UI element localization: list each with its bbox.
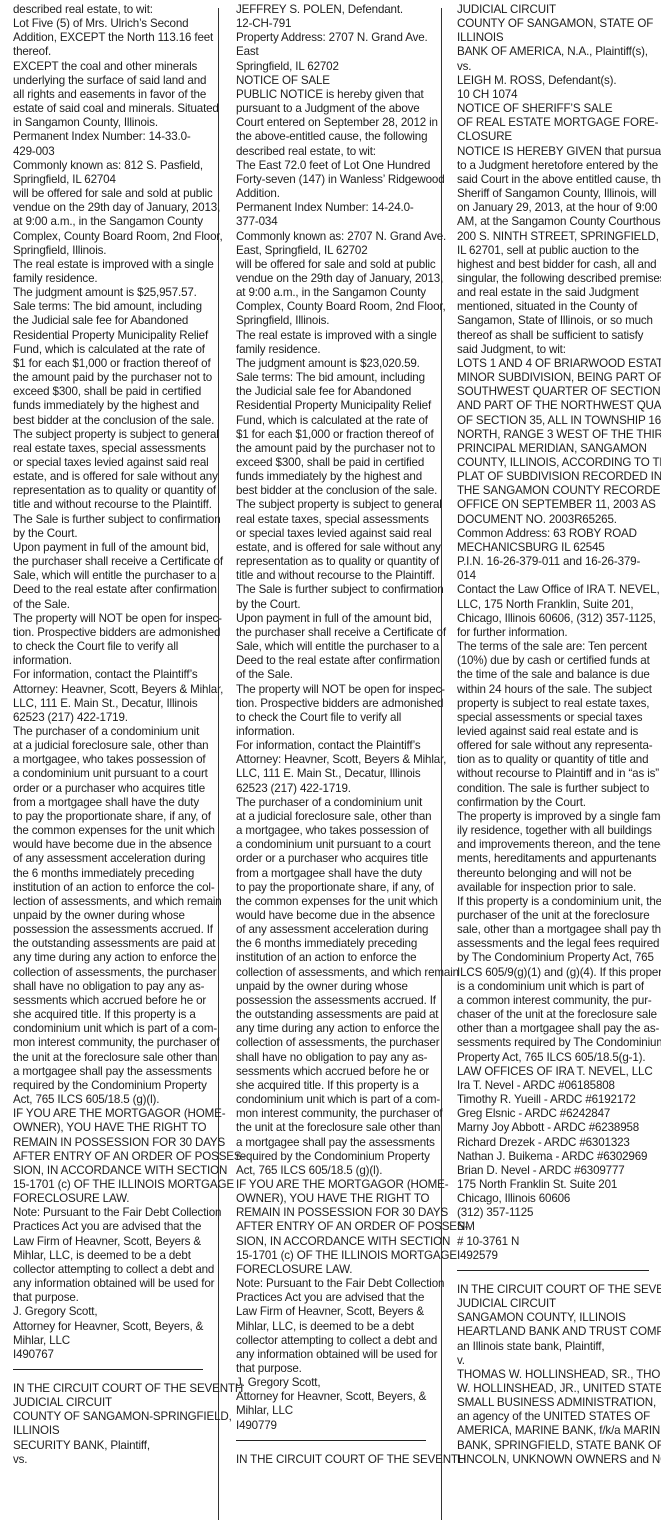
notice-text-line: a condominium unit pursuant to a court [236, 838, 436, 852]
notice-text-line: The subject property is subject to gener… [236, 498, 436, 512]
notice-text-line: Contact the Law Office of IRA T. NEVEL, [457, 583, 657, 597]
notice-text-line: Common Address: 63 ROBY ROAD [457, 527, 657, 541]
notice-text-line: FORECLOSURE LAW. [236, 1263, 436, 1277]
notice-text-line: a mortgagee, who takes possession of [13, 753, 210, 767]
notice-text-line: vs. [457, 60, 657, 74]
notice-text-line: possession the assessments accrued. If [13, 923, 210, 937]
notice-text-line: the Judicial sale fee for Abandoned [236, 385, 436, 399]
notice-text-line: JUDICIAL CIRCUIT [457, 3, 657, 17]
notice-text-line: the unit at the foreclosure sale other t… [13, 1051, 210, 1065]
notice-text-line: Springfield, IL 62704 [13, 173, 210, 187]
notice-text-line: NORTH, RANGE 3 WEST OF THE THIRD [457, 428, 657, 442]
notice-text-line: Court entered on September 28, 2012 in [236, 116, 436, 130]
notice-text-line: LLC, 111 E. Main St., Decatur, Illinois [13, 697, 210, 711]
notice-text-line: PLAT OF SUBDIVISION RECORDED IN [457, 470, 657, 484]
notice-text-line: Sale, which will entitle the purchaser t… [236, 640, 436, 654]
notice-text-line: ily residence, together with all buildin… [457, 824, 657, 838]
notice-separator-rule [457, 1270, 649, 1271]
notice-text-line: Permanent Index Number: 14-33.0- [13, 130, 210, 144]
notice-text-line: a common interest community, the pur- [457, 994, 657, 1008]
notice-text-line: AFTER ENTRY OF AN ORDER OF POSSES- [13, 1150, 210, 1164]
notice-text-line: an Illinois state bank, Plaintiff, [457, 1340, 657, 1354]
notice-text-line: thereof as shall be sufficient to satisf… [457, 329, 657, 343]
notice-text-line: the common expenses for the unit which [236, 895, 436, 909]
notice-text-line: representation as to quality or quantity… [13, 484, 210, 498]
notice-text-line: Addition. [236, 187, 436, 201]
legal-notice: IN THE CIRCUIT COURT OF THE SEVENTH [236, 1453, 436, 1467]
notice-text-line: described real estate, to wit: [236, 145, 436, 159]
notice-text-line: Property Act, 765 ILCS 605/18.5(g-1). [457, 1051, 657, 1065]
notice-text-line: OF REAL ESTATE MORTGAGE FORE- [457, 116, 657, 130]
notice-text-line: HEARTLAND BANK AND TRUST COMPANY, [457, 1325, 657, 1339]
notice-text-line: the Judicial sale fee for Abandoned [13, 314, 210, 328]
notice-text-line: SION, IN ACCORDANCE WITH SECTION [13, 1164, 210, 1178]
notice-text-line: by the Court. [236, 598, 436, 612]
notice-text-line: Sale terms: The bid amount, including [13, 300, 210, 314]
notice-text-line: best bidder at the conclusion of the sal… [236, 484, 436, 498]
column-3: JUDICIAL CIRCUITCOUNTY OF SANGAMON, STAT… [457, 3, 657, 1467]
notice-text-line: the 6 months immediately preceding [236, 937, 436, 951]
notice-text-line: pursuant to a Judgment of the above [236, 102, 436, 116]
notice-text-line: the common expenses for the unit which [13, 824, 210, 838]
notice-text-line: BANK, SPRINGFIELD, STATE BANK OF [457, 1439, 657, 1453]
notice-text-line: required by the Condominium Property [236, 1150, 436, 1164]
notice-text-line: SANGAMON COUNTY, ILLINOIS [457, 1311, 657, 1325]
notice-text-line: levied against said real estate and is [457, 725, 657, 739]
notice-text-line: described real estate, to wit: [13, 3, 210, 17]
legal-notice: JEFFREY S. POLEN, Defendant.12-CH-791Pro… [236, 3, 436, 1433]
notice-text-line: Nathan J. Buikema - ARDC #6302969 [457, 1150, 657, 1164]
notice-text-line: of the Sale. [236, 668, 436, 682]
notice-text-line: For information, contact the Plaintiff’s [13, 668, 210, 682]
notice-text-line: collection of assessments, and which rem… [236, 966, 436, 980]
notice-text-line: Residential Property Municipality Relief [236, 399, 436, 413]
notice-text-line: Attorney for Heavner, Scott, Beyers, & [236, 1390, 436, 1404]
notice-text-line: OWNER), YOU HAVE THE RIGHT TO [236, 1192, 436, 1206]
notice-text-line: shall have no obligation to pay any as- [236, 1051, 436, 1065]
notice-text-line: from a mortgagee shall have the duty [13, 796, 210, 810]
notice-text-line: Commonly known as: 812 S. Pasfield, [13, 159, 210, 173]
notice-text-line: LOTS 1 AND 4 OF BRIARWOOD ESTATES [457, 357, 657, 371]
notice-text-line: estate, and is offered for sale without … [236, 541, 436, 555]
notice-text-line: BANK OF AMERICA, N.A., Plaintiff(s), [457, 45, 657, 59]
notice-text-line: Springfield, IL 62702 [236, 60, 436, 74]
notice-text-line: tion. Prospective bidders are admonished [236, 697, 436, 711]
notice-text-line: Complex, County Board Room, 2nd Floor, [13, 230, 210, 244]
notice-text-line: The property will NOT be open for inspec… [13, 612, 210, 626]
notice-text-line: thereof. [13, 45, 210, 59]
notice-text-line: a mortgagee shall pay the assessments [13, 1065, 210, 1079]
notice-text-line: collection of assessments, the purchaser [236, 1036, 436, 1050]
notice-text-line: 377-034 [236, 215, 436, 229]
notice-text-line: SECURITY BANK, Plaintiff, [13, 1439, 210, 1453]
notice-text-line: IN THE CIRCUIT COURT OF THE SEVENTH [236, 1453, 436, 1467]
column-1: described real estate, to wit:Lot Five (… [13, 3, 210, 1467]
notice-text-line: AFTER ENTRY OF AN ORDER OF POSSES- [236, 1220, 436, 1234]
notice-text-line: chaser of the unit at the foreclosure sa… [457, 1008, 657, 1022]
notice-text-line: (10%) due by cash or certified funds at [457, 654, 657, 668]
notice-text-line: all rights and easements in favor of the [13, 88, 210, 102]
notice-text-line: thereunto belonging and will not be [457, 867, 657, 881]
notice-text-line: (312) 357-1125 [457, 1206, 657, 1220]
notice-text-line: Note: Pursuant to the Fair Debt Collecti… [236, 1277, 436, 1291]
notice-text-line: Upon payment in full of the amount bid, [13, 541, 210, 555]
notice-text-line: COUNTY, ILLINOIS, ACCORDING TO THE [457, 456, 657, 470]
notice-text-line: possession the assessments accrued. If [236, 994, 436, 1008]
notice-text-line: Property Address: 2707 N. Grand Ave. [236, 31, 436, 45]
notice-text-line: said Court in the above entitled cause, … [457, 173, 657, 187]
notice-text-line: Mihlar, LLC [13, 1334, 210, 1348]
notice-text-line: the 6 months immediately preceding [13, 867, 210, 881]
legal-notice: described real estate, to wit:Lot Five (… [13, 3, 210, 1362]
notice-text-line: unpaid by the owner during whose [13, 909, 210, 923]
notice-text-line: The judgment amount is $25,957.57. [13, 286, 210, 300]
notice-text-line: an agency of the UNITED STATES OF [457, 1410, 657, 1424]
notice-text-line: funds immediately by the highest and [13, 399, 210, 413]
notice-text-line: JEFFREY S. POLEN, Defendant. [236, 3, 436, 17]
notice-text-line: 175 North Franklin St. Suite 201 [457, 1178, 657, 1192]
notice-text-line: on January 29, 2013, at the hour of 9:00 [457, 201, 657, 215]
notice-text-line: Sale terms: The bid amount, including [236, 371, 436, 385]
notice-text-line: exceed $300, shall be paid in certified [236, 456, 436, 470]
notice-text-line: condominium unit which is part of a com- [13, 1022, 210, 1036]
notice-text-line: The property is improved by a single fam… [457, 810, 657, 824]
notice-text-line: special assessments or special taxes [457, 711, 657, 725]
notice-text-line: Complex, County Board Room, 2nd Floor, [236, 300, 436, 314]
notice-text-line: is a condominium unit which is part of [457, 980, 657, 994]
notice-text-line: available for inspection prior to sale. [457, 881, 657, 895]
notice-text-line: The East 72.0 feet of Lot One Hundred [236, 159, 436, 173]
notice-text-line: by The Condominium Property Act, 765 [457, 951, 657, 965]
notice-text-line: OFFICE ON SEPTEMBER 11, 2003 AS [457, 498, 657, 512]
notice-text-line: best bidder at the conclusion of the sal… [13, 414, 210, 428]
notice-text-line: ILLINOIS [13, 1424, 210, 1438]
notice-text-line: Springfield, Illinois. [13, 244, 210, 258]
notice-text-line: AND PART OF THE NORTHWEST QUARTER [457, 399, 657, 413]
notice-text-line: Mihlar, LLC, is deemed to be a debt [13, 1249, 210, 1263]
notice-text-line: mon interest community, the purchaser of [13, 1036, 210, 1050]
notice-text-line: Sangamon, State of Illinois, or so much [457, 314, 657, 328]
notice-text-line: IN THE CIRCUIT COURT OF THE SEVENTH [13, 1382, 210, 1396]
notice-text-line: SION, IN ACCORDANCE WITH SECTION [236, 1235, 436, 1249]
notice-text-line: title and without recourse to the Plaint… [13, 498, 210, 512]
notice-text-line: any information obtained will be used fo… [13, 1277, 210, 1291]
notice-text-line: of any assessment acceleration during [236, 923, 436, 937]
notice-text-line: and improvements thereon, and the tene- [457, 838, 657, 852]
notice-text-line: mon interest community, the purchaser of [236, 1107, 436, 1121]
notice-text-line: unpaid by the owner during whose [236, 980, 436, 994]
notice-text-line: without recourse to Plaintiff and in “as… [457, 767, 657, 781]
notice-text-line: a mortgagee, who takes possession of [236, 824, 436, 838]
notice-text-line: Attorney: Heavner, Scott, Beyers & Mihla… [13, 683, 210, 697]
notice-text-line: Springfield, Illinois. [236, 314, 436, 328]
notice-text-line: estate, and is offered for sale without … [13, 470, 210, 484]
notice-text-line: within 24 hours of the sale. The subject [457, 683, 657, 697]
notice-text-line: sessments required by The Condominium [457, 1036, 657, 1050]
notice-text-line: of the Sale. [13, 598, 210, 612]
notice-text-line: from a mortgagee shall have the duty [236, 867, 436, 881]
notice-text-line: the outstanding assessments are paid at [13, 937, 210, 951]
notice-text-line: The Sale is further subject to confirmat… [13, 513, 210, 527]
notice-text-line: THOMAS W. HOLLINSHEAD, SR., THOMAS [457, 1368, 657, 1382]
notice-text-line: SOUTHWEST QUARTER OF SECTION 26, [457, 385, 657, 399]
notice-text-line: OF SECTION 35, ALL IN TOWNSHIP 16 [457, 414, 657, 428]
notice-text-line: OWNER), YOU HAVE THE RIGHT TO [13, 1121, 210, 1135]
notice-text-line: real estate taxes, special assessments [236, 513, 436, 527]
notice-text-line: Sheriff of Sangamon County, Illinois, wi… [457, 187, 657, 201]
column-2: JEFFREY S. POLEN, Defendant.12-CH-791Pro… [236, 3, 436, 1467]
notice-text-line: collector attempting to collect a debt a… [236, 1334, 436, 1348]
notice-text-line: Greg Elsnic - ARDC #6242847 [457, 1107, 657, 1121]
notice-text-line: information. [236, 725, 436, 739]
notice-text-line: the outstanding assessments are paid at [236, 1008, 436, 1022]
notice-text-line: estate of said coal and minerals. Situat… [13, 102, 210, 116]
notice-text-line: vendue on the 29th day of January, 2013, [236, 272, 436, 286]
notice-text-line: 62523 (217) 422-1719. [13, 711, 210, 725]
notice-text-line: the unit at the foreclosure sale other t… [236, 1121, 436, 1135]
notice-text-line: 429-003 [13, 145, 210, 159]
notice-separator-rule [236, 1440, 426, 1441]
notice-text-line: THE SANGAMON COUNTY RECORDER’S [457, 484, 657, 498]
notice-text-line: SMALL BUSINESS ADMINISTRATION, [457, 1396, 657, 1410]
notice-text-line: order or a purchaser who acquires title [236, 852, 436, 866]
notice-text-line: EXCEPT the coal and other minerals [13, 60, 210, 74]
notice-text-line: Mihlar, LLC [236, 1404, 436, 1418]
notice-text-line: W. HOLLINSHEAD, JR., UNITED STATES [457, 1382, 657, 1396]
notice-text-line: tion as to quality or quantity of title … [457, 753, 657, 767]
notice-text-line: Ira T. Nevel - ARDC #06185808 [457, 1079, 657, 1093]
notice-text-line: NOTICE OF SHERIFF’S SALE [457, 102, 657, 116]
notice-text-line: Deed to the real estate after confirmati… [13, 583, 210, 597]
notice-text-line: Richard Drezek - ARDC #6301323 [457, 1136, 657, 1150]
notice-text-line: Act, 765 ILCS 605/18.5 (g)(l). [13, 1093, 210, 1107]
notice-text-line: any time during any action to enforce th… [236, 1022, 436, 1036]
notice-text-line: 62523 (217) 422-1719. [236, 782, 436, 796]
notice-text-line: LLC, 111 E. Main St., Decatur, Illinois [236, 767, 436, 781]
notice-text-line: East, Springfield, IL 62702 [236, 244, 436, 258]
notice-text-line: to a Judgment heretofore entered by the [457, 159, 657, 173]
notice-text-line: Permanent Index Number: 14-24.0- [236, 201, 436, 215]
notice-text-line: condition. The sale is further subject t… [457, 782, 657, 796]
notice-text-line: at 9:00 a.m., in the Sangamon County [13, 215, 210, 229]
notice-text-line: a condominium unit pursuant to a court [13, 767, 210, 781]
notice-text-line: exceed $300, shall be paid in certified [13, 385, 210, 399]
notice-text-line: 014 [457, 569, 657, 583]
notice-text-line: that purpose. [13, 1291, 210, 1305]
notice-text-line: property is subject to real estate taxes… [457, 697, 657, 711]
notice-text-line: to pay the proportionate share, if any, … [236, 881, 436, 895]
notice-text-line: Law Firm of Heavner, Scott, Beyers & [236, 1305, 436, 1319]
notice-text-line: singular, the following described premis… [457, 272, 657, 286]
notice-text-line: title and without recourse to the Plaint… [236, 569, 436, 583]
notice-text-line: offered for sale without any representa- [457, 739, 657, 753]
notice-text-line: Commonly known as: 2707 N. Grand Ave. [236, 230, 436, 244]
notice-text-line: REMAIN IN POSSESSION FOR 30 DAYS [13, 1136, 210, 1150]
notice-text-line: ments, hereditaments and appurtenants [457, 852, 657, 866]
notice-text-line: at a judicial foreclosure sale, other th… [236, 810, 436, 824]
notice-text-line: funds immediately by the highest and [236, 470, 436, 484]
notice-text-line: NM [457, 1220, 657, 1234]
notice-text-line: ILCS 605/9(g)(1) and (g)(4). If this pro… [457, 966, 657, 980]
notice-text-line: REMAIN IN POSSESSION FOR 30 DAYS [236, 1206, 436, 1220]
notice-text-line: other than a mortgagee shall pay the as- [457, 1022, 657, 1036]
notice-text-line: MINOR SUBDIVISION, BEING PART OF THE [457, 371, 657, 385]
notice-text-line: AMERICA, MARINE BANK, f/k/a MARINE [457, 1424, 657, 1438]
notice-text-line: family residence. [236, 343, 436, 357]
notice-text-line: any time during any action to enforce th… [13, 951, 210, 965]
notice-text-line: Mihlar, LLC, is deemed to be a debt [236, 1320, 436, 1334]
notice-text-line: to check the Court file to verify all [236, 711, 436, 725]
notice-text-line: vs. [13, 1453, 210, 1467]
notice-text-line: she acquired title. If this property is … [236, 1079, 436, 1093]
notice-text-line: FORECLOSURE LAW. [13, 1192, 210, 1206]
notice-text-line: LLC, 175 North Franklin, Suite 201, [457, 598, 657, 612]
notice-text-line: collector attempting to collect a debt a… [13, 1263, 210, 1277]
notice-text-line: COUNTY OF SANGAMON-SPRINGFIELD, [13, 1410, 210, 1424]
notice-text-line: Residential Property Municipality Relief [13, 329, 210, 343]
notice-text-line: IN THE CIRCUIT COURT OF THE SEVENTH [457, 1283, 657, 1297]
notice-text-line: Lot Five (5) of Mrs. Ulrich’s Second [13, 17, 210, 31]
notice-text-line: would have become due in the absence [236, 909, 436, 923]
notice-text-line: by the Court. [13, 527, 210, 541]
notice-text-line: underlying the surface of said land and [13, 74, 210, 88]
notice-text-line: ILLINOIS [457, 31, 657, 45]
notice-text-line: or special taxes levied against said rea… [236, 527, 436, 541]
notice-text-line: Practices Act you are advised that the [13, 1220, 210, 1234]
notice-text-line: PRINCIPAL MERIDIAN, SANGAMON [457, 442, 657, 456]
notice-text-line: Timothy R. Yueill - ARDC #6192172 [457, 1093, 657, 1107]
notice-text-line: would have become due in the absence [13, 838, 210, 852]
notice-text-line: condominium unit which is part of a com- [236, 1093, 436, 1107]
notice-text-line: of any assessment acceleration during [13, 852, 210, 866]
notice-text-line: MECHANICSBURG IL 62545 [457, 541, 657, 555]
notice-text-line: Fund, which is calculated at the rate of [13, 343, 210, 357]
notice-text-line: the purchaser shall receive a Certificat… [236, 626, 436, 640]
notice-text-line: institution of an action to enforce the … [13, 881, 210, 895]
notice-text-line: IF YOU ARE THE MORTGAGOR (HOME- [13, 1107, 210, 1121]
notice-text-line: she acquired title. If this property is … [13, 1008, 210, 1022]
notice-text-line: 15-1701 (c) OF THE ILLINOIS MORTGAGE [236, 1249, 436, 1263]
notice-text-line: purchaser of the unit at the foreclosure [457, 909, 657, 923]
notice-text-line: at a judicial foreclosure sale, other th… [13, 739, 210, 753]
notice-text-line: JUDICIAL CIRCUIT [13, 1396, 210, 1410]
notice-separator-rule [13, 1369, 203, 1370]
legal-notice: JUDICIAL CIRCUITCOUNTY OF SANGAMON, STAT… [457, 3, 657, 1263]
notice-text-line: Attorney: Heavner, Scott, Beyers & Mihla… [236, 753, 436, 767]
notice-text-line: I490779 [236, 1419, 436, 1433]
notice-text-line: the above-entitled cause, the following [236, 130, 436, 144]
notice-text-line: $1 for each $1,000 or fraction thereof o… [13, 357, 210, 371]
notice-text-line: 10 CH 1074 [457, 88, 657, 102]
notice-text-line: NOTICE IS HEREBY GIVEN that pursuant [457, 145, 657, 159]
notice-text-line: and real estate in the said Judgment [457, 286, 657, 300]
notice-text-line: JUDICIAL CIRCUIT [457, 1297, 657, 1311]
notice-text-line: in Sangamon County, Illinois. [13, 116, 210, 130]
notice-text-line: at 9:00 a.m., in the Sangamon County [236, 286, 436, 300]
notice-text-line: Act, 765 ILCS 605/18.5 (g)(l). [236, 1164, 436, 1178]
notice-text-line: assessments and the legal fees required [457, 937, 657, 951]
notice-text-line: CLOSURE [457, 130, 657, 144]
notice-text-line: East [236, 45, 436, 59]
notice-text-line: The Sale is further subject to confirmat… [236, 583, 436, 597]
notice-text-line: confirmation by the Court. [457, 796, 657, 810]
notice-text-line: # 10-3761 N [457, 1235, 657, 1249]
notice-text-line: order or a purchaser who acquires title [13, 782, 210, 796]
notice-text-line: sessments which accrued before he or [13, 994, 210, 1008]
notice-text-line: vendue on the 29th day of January, 2013, [13, 201, 210, 215]
notice-text-line: family residence. [13, 272, 210, 286]
notice-text-line: Fund, which is calculated at the rate of [236, 414, 436, 428]
notice-text-line: required by the Condominium Property [13, 1079, 210, 1093]
notice-text-line: tion. Prospective bidders are admonished [13, 626, 210, 640]
notice-text-line: mentioned, situated in the County of [457, 300, 657, 314]
notice-text-line: Chicago, Illinois 60606, (312) 357-1125, [457, 612, 657, 626]
notice-text-line: LINCOLN, UNKNOWN OWNERS and NON- [457, 1453, 657, 1467]
notice-text-line: Marny Joy Abbott - ARDC #6238958 [457, 1121, 657, 1135]
notice-text-line: NOTICE OF SALE [236, 74, 436, 88]
notice-text-line: Note: Pursuant to the Fair Debt Collecti… [13, 1206, 210, 1220]
notice-text-line: 15-1701 (c) OF THE ILLINOIS MORTGAGE [13, 1178, 210, 1192]
notice-text-line: Brian D. Nevel - ARDC #6309777 [457, 1164, 657, 1178]
notice-text-line: will be offered for sale and sold at pub… [13, 187, 210, 201]
notice-text-line: information. [13, 654, 210, 668]
notice-text-line: The property will NOT be open for inspec… [236, 683, 436, 697]
notice-text-line: said Judgment, to wit: [457, 343, 657, 357]
notice-text-line: Chicago, Illinois 60606 [457, 1192, 657, 1206]
notice-text-line: will be offered for sale and sold at pub… [236, 258, 436, 272]
notice-text-line: The purchaser of a condominium unit [236, 796, 436, 810]
notice-text-line: 200 S. NINTH STREET, SPRINGFIELD, [457, 230, 657, 244]
notice-text-line: Deed to the real estate after confirmati… [236, 654, 436, 668]
notice-text-line: J. Gregory Scott, [236, 1376, 436, 1390]
notice-text-line: LEIGH M. ROSS, Defendant(s). [457, 74, 657, 88]
notice-text-line: Upon payment in full of the amount bid, [236, 612, 436, 626]
notice-text-line: lection of assessments, and which remain [13, 895, 210, 909]
notice-text-line: The subject property is subject to gener… [13, 428, 210, 442]
notice-text-line: I492579 [457, 1249, 657, 1263]
notice-text-line: 12-CH-791 [236, 17, 436, 31]
notice-text-line: the time of the sale and balance is due [457, 668, 657, 682]
notice-text-line: representation as to quality or quantity… [236, 555, 436, 569]
notice-text-line: The real estate is improved with a singl… [13, 258, 210, 272]
notice-text-line: shall have no obligation to pay any as- [13, 980, 210, 994]
notice-text-line: the amount paid by the purchaser not to [236, 442, 436, 456]
notice-text-line: or special taxes levied against said rea… [13, 456, 210, 470]
notice-text-line: P.I.N. 16-26-379-011 and 16-26-379- [457, 555, 657, 569]
notice-text-line: AM, at the Sangamon County Courthouse, [457, 215, 657, 229]
notice-text-line: real estate taxes, special assessments [13, 442, 210, 456]
notice-text-line: J. Gregory Scott, [13, 1305, 210, 1319]
notice-text-line: a mortgagee shall pay the assessments [236, 1136, 436, 1150]
notice-text-line: sessments which accrued before he or [236, 1065, 436, 1079]
notice-text-line: any information obtained will be used fo… [236, 1348, 436, 1362]
notice-text-line: IL 62701, sell at public auction to the [457, 244, 657, 258]
notice-text-line: the amount paid by the purchaser not to [13, 371, 210, 385]
notice-text-line: If this property is a condominium unit, … [457, 895, 657, 909]
notice-text-line: Attorney for Heavner, Scott, Beyers, & [13, 1320, 210, 1334]
notice-text-line: The judgment amount is $23,020.59. [236, 357, 436, 371]
notice-text-line: for further information. [457, 626, 657, 640]
notice-text-line: v. [457, 1354, 657, 1368]
notice-text-line: $1 for each $1,000 or fraction thereof o… [236, 428, 436, 442]
legal-notice: IN THE CIRCUIT COURT OF THE SEVENTHJUDIC… [13, 1382, 210, 1467]
notice-text-line: For information, contact the Plaintiff’s [236, 739, 436, 753]
legal-notices-page: described real estate, to wit:Lot Five (… [0, 0, 661, 1527]
notice-text-line: IF YOU ARE THE MORTGAGOR (HOME- [236, 1178, 436, 1192]
notice-text-line: the purchaser shall receive a Certificat… [13, 555, 210, 569]
notice-text-line: institution of an action to enforce the [236, 951, 436, 965]
notice-text-line: I490767 [13, 1348, 210, 1362]
